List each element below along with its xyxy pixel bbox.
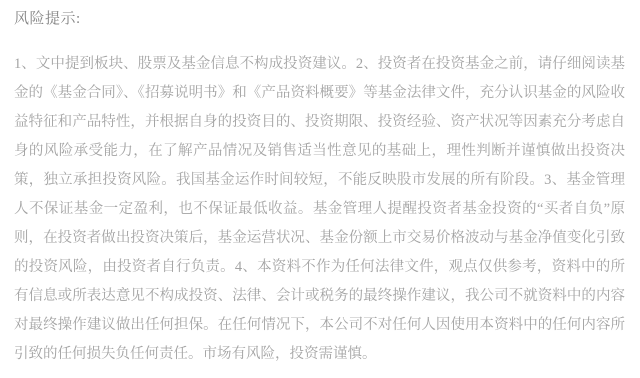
risk-disclosure-title: 风险提示: (14, 9, 625, 29)
risk-disclosure-paragraph: 1、文中提到板块、股票及基金信息不构成投资建议。2、投资者在投资基金之前，请仔细… (14, 50, 625, 369)
risk-disclosure-document: 风险提示: 1、文中提到板块、股票及基金信息不构成投资建议。2、投资者在投资基金… (0, 0, 640, 378)
